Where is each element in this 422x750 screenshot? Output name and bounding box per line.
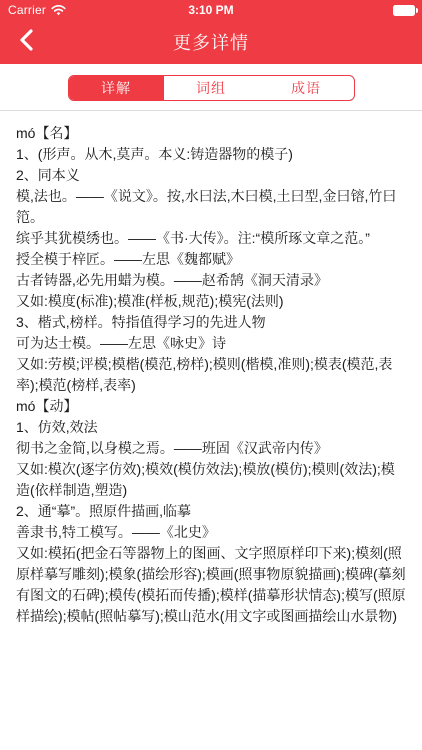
definition-line: 1、(形声。从木,莫声。本义:铸造器物的模子) — [16, 144, 406, 165]
tab-phrases-label: 词组 — [196, 78, 226, 98]
definition-line: 又如:模次(逐字仿效);模效(模仿效法);模放(模仿);模则(效法);模造(依样… — [16, 459, 406, 501]
definition-line: 缤乎其犹模绣也。——《书·大传》。注:“模所琢文章之范。” — [16, 228, 406, 249]
battery-full-icon — [393, 5, 415, 16]
definition-line: 模,法也。——《说文》。按,水曰法,木曰模,土曰型,金曰镕,竹曰笵。 — [16, 186, 406, 228]
tab-idioms-label: 成语 — [291, 78, 321, 98]
definition-line: 古者铸器,必先用蜡为模。——赵希鹄《洞天清录》 — [16, 270, 406, 291]
definition-line: 彻书之金简,以身模之焉。——班固《汉武帝内传》 — [16, 438, 406, 459]
segmented-control: 详解 词组 成语 — [68, 75, 355, 101]
tab-detail[interactable]: 详解 — [69, 76, 164, 100]
definition-line: 授全模于梓匠。——左思《魏都赋》 — [16, 249, 406, 270]
definition-line: 又如:劳模;评模;模楷(模范,榜样);模则(楷模,准则);模表(模范,表率);模… — [16, 354, 406, 396]
definition-line: 善隶书,特工模写。——《北史》 — [16, 522, 406, 543]
definition-line: 3、楷式,榜样。特指值得学习的先进人物 — [16, 312, 406, 333]
tab-idioms[interactable]: 成语 — [259, 76, 354, 100]
nav-bar: 更多详情 — [0, 20, 422, 64]
definition-line: 又如:模拓(把金石等器物上的图画、文字照原样印下来);模刻(照原样摹写雕刻);模… — [16, 543, 406, 627]
definition-line: 2、通“摹”。照原件描画,临摹 — [16, 501, 406, 522]
page-title: 更多详情 — [173, 29, 249, 55]
definition-line: mó【名】 — [16, 123, 406, 144]
definition-line: 1、仿效,效法 — [16, 417, 406, 438]
app-screen: Carrier 3:10 PM 更多详情 — [0, 0, 422, 750]
definition-line: 可为达士模。——左思《咏史》诗 — [16, 333, 406, 354]
tab-detail-label: 详解 — [101, 78, 131, 98]
definition-line: 2、同本义 — [16, 165, 406, 186]
definition-line: mó【动】 — [16, 396, 406, 417]
tab-phrases[interactable]: 词组 — [164, 76, 259, 100]
status-bar: Carrier 3:10 PM — [0, 0, 422, 20]
tab-bar: 详解 词组 成语 — [0, 64, 422, 111]
chevron-left-icon — [19, 28, 33, 57]
definition-content[interactable]: mó【名】 1、(形声。从木,莫声。本义:铸造器物的模子) 2、同本义 模,法也… — [0, 111, 422, 696]
clock-label: 3:10 PM — [0, 3, 422, 17]
definition-line: 又如:模度(标准);模准(样板,规范);模宪(法则) — [16, 291, 406, 312]
back-button[interactable] — [8, 20, 44, 64]
status-right — [393, 5, 415, 16]
